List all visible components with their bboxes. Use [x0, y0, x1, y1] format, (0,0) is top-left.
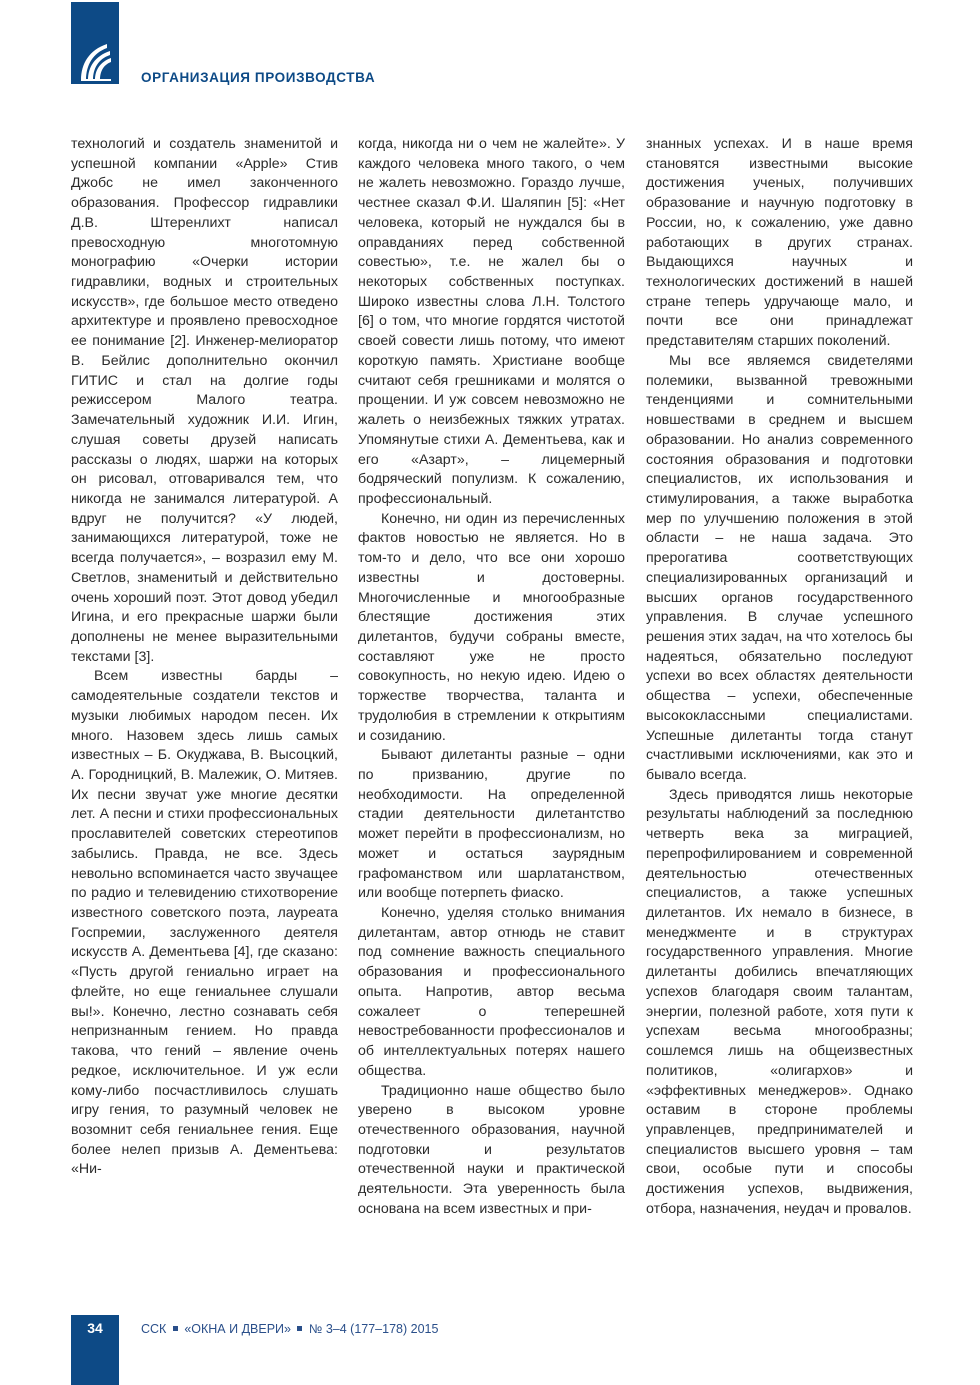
publisher-name: ССК: [141, 1322, 166, 1336]
header-logo-block: [71, 2, 119, 84]
magazine-name: «ОКНА И ДВЕРИ»: [184, 1322, 291, 1336]
paragraph: Конечно, ни один из перечисленных фактов…: [358, 510, 625, 747]
square-bullet-icon: [297, 1326, 302, 1331]
paragraph: Всем известны барды – самодеятельные соз…: [71, 667, 338, 1180]
paragraph: Конечно, уделяя столько внимания дилетан…: [358, 904, 625, 1081]
paragraph: технологий и создатель знаменитой и успе…: [71, 135, 338, 667]
footer-page-block: 34: [71, 1315, 119, 1385]
wave-logo-icon: [77, 40, 113, 82]
text-column-1: технологий и создатель знаменитой и успе…: [71, 135, 338, 1180]
square-bullet-icon: [173, 1326, 178, 1331]
paragraph: когда, никогда ни о чем не жалейте». У к…: [358, 135, 625, 510]
page-number: 34: [71, 1320, 119, 1336]
footer-issue-line: ССК «ОКНА И ДВЕРИ» № 3–4 (177–178) 2015: [141, 1322, 438, 1336]
paragraph: Здесь приводятся лишь некоторые результа…: [646, 786, 913, 1220]
paragraph: знанных успехах. И в наше время становят…: [646, 135, 913, 352]
paragraph: Бывают дилетанты разные – одни по призва…: [358, 746, 625, 904]
section-title: ОРГАНИЗАЦИЯ ПРОИЗВОДСТВА: [141, 70, 375, 85]
issue-info: № 3–4 (177–178) 2015: [309, 1322, 438, 1336]
paragraph: Мы все являемся свидетелями полемики, вы…: [646, 352, 913, 786]
paragraph: Традиционно наше общество было уверено в…: [358, 1082, 625, 1220]
text-column-3: знанных успехах. И в наше время становят…: [646, 135, 913, 1220]
text-column-2: когда, никогда ни о чем не жалейте». У к…: [358, 135, 625, 1220]
